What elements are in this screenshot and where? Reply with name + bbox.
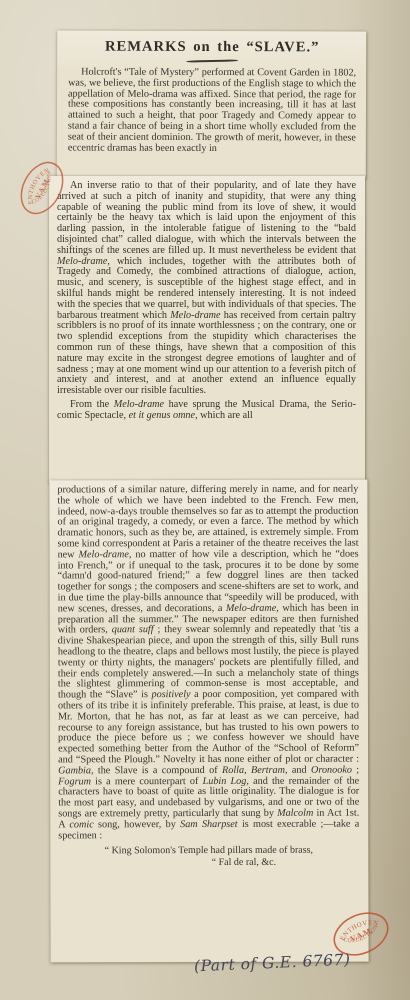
paragraph: An inverse ratio to that of their popula… xyxy=(57,181,356,397)
text-segment: , which are all xyxy=(195,410,253,421)
text-segment: , and xyxy=(285,764,311,775)
clipping-text-bottom: productions of a similar nature, differi… xyxy=(57,485,359,869)
italic-text-segment: comic xyxy=(69,819,93,830)
album-page: REMARKS on the “SLAVE.” Holcroft's “Tale… xyxy=(0,0,410,1000)
italic-text-segment: Bertram xyxy=(251,765,285,776)
text-segment: , xyxy=(244,765,251,776)
text-segment: song, however, by xyxy=(94,819,180,830)
italic-text-segment: Melo-drame xyxy=(57,256,107,267)
clipping-piece-middle: An inverse ratio to that of their popula… xyxy=(49,176,365,483)
italic-text-segment: Rolla xyxy=(222,765,244,776)
title-divider-rule xyxy=(186,59,238,62)
text-segment: , the Slave is a compound of xyxy=(91,765,222,776)
italic-text-segment: Melo-drame xyxy=(78,549,128,560)
clipping-piece-bottom: productions of a similar nature, differi… xyxy=(49,480,368,963)
italic-text-segment: Lubin Log xyxy=(203,775,247,786)
italic-text-segment: quant suff xyxy=(112,625,154,636)
italic-text-segment: Gambia xyxy=(58,765,91,776)
italic-text-segment: Melo-drame xyxy=(170,310,220,321)
italic-text-segment: Oronooko xyxy=(311,764,352,775)
text-segment: Holcroft's “Tale of Mystery” performed a… xyxy=(68,67,356,154)
italic-text-segment: Melo-drame xyxy=(226,603,276,614)
italic-text-segment: Fogrum xyxy=(58,776,91,787)
text-segment: a poor composition, yet compared with ot… xyxy=(58,689,359,766)
paragraph: Holcroft's “Tale of Mystery” performed a… xyxy=(68,67,356,154)
paragraph: productions of a similar nature, differi… xyxy=(57,485,359,842)
italic-text-segment: et it genus omne xyxy=(129,410,196,421)
song-line: “ King Solomon's Temple had pillars made… xyxy=(58,845,359,857)
text-segment: From the xyxy=(70,399,114,410)
clipping-piece-top: REMARKS on the “SLAVE.” Holcroft's “Tale… xyxy=(57,30,367,178)
text-segment: is a mere counterpart of xyxy=(91,776,203,787)
italic-text-segment: positively xyxy=(151,689,190,700)
text-segment: ; xyxy=(352,764,359,775)
clipping-title: REMARKS on the “SLAVE.” xyxy=(68,38,356,55)
song-line: “ Fal de ral, &c. xyxy=(58,856,359,868)
clipping-text-middle: An inverse ratio to that of their popula… xyxy=(57,181,356,422)
clipping-text-top: Holcroft's “Tale of Mystery” performed a… xyxy=(68,67,356,154)
text-segment: An inverse ratio to that of their popula… xyxy=(57,180,356,256)
italic-text-segment: Melo-drame xyxy=(114,399,164,410)
song-quote: “ King Solomon's Temple had pillars made… xyxy=(58,845,359,869)
italic-text-segment: Malcolm xyxy=(277,808,313,819)
text-segment: has received from certain paltry scribbl… xyxy=(57,310,356,397)
italic-text-segment: Sam Sharpset xyxy=(180,819,238,830)
paragraph: From the Melo-drame have sprung the Musi… xyxy=(57,400,356,422)
